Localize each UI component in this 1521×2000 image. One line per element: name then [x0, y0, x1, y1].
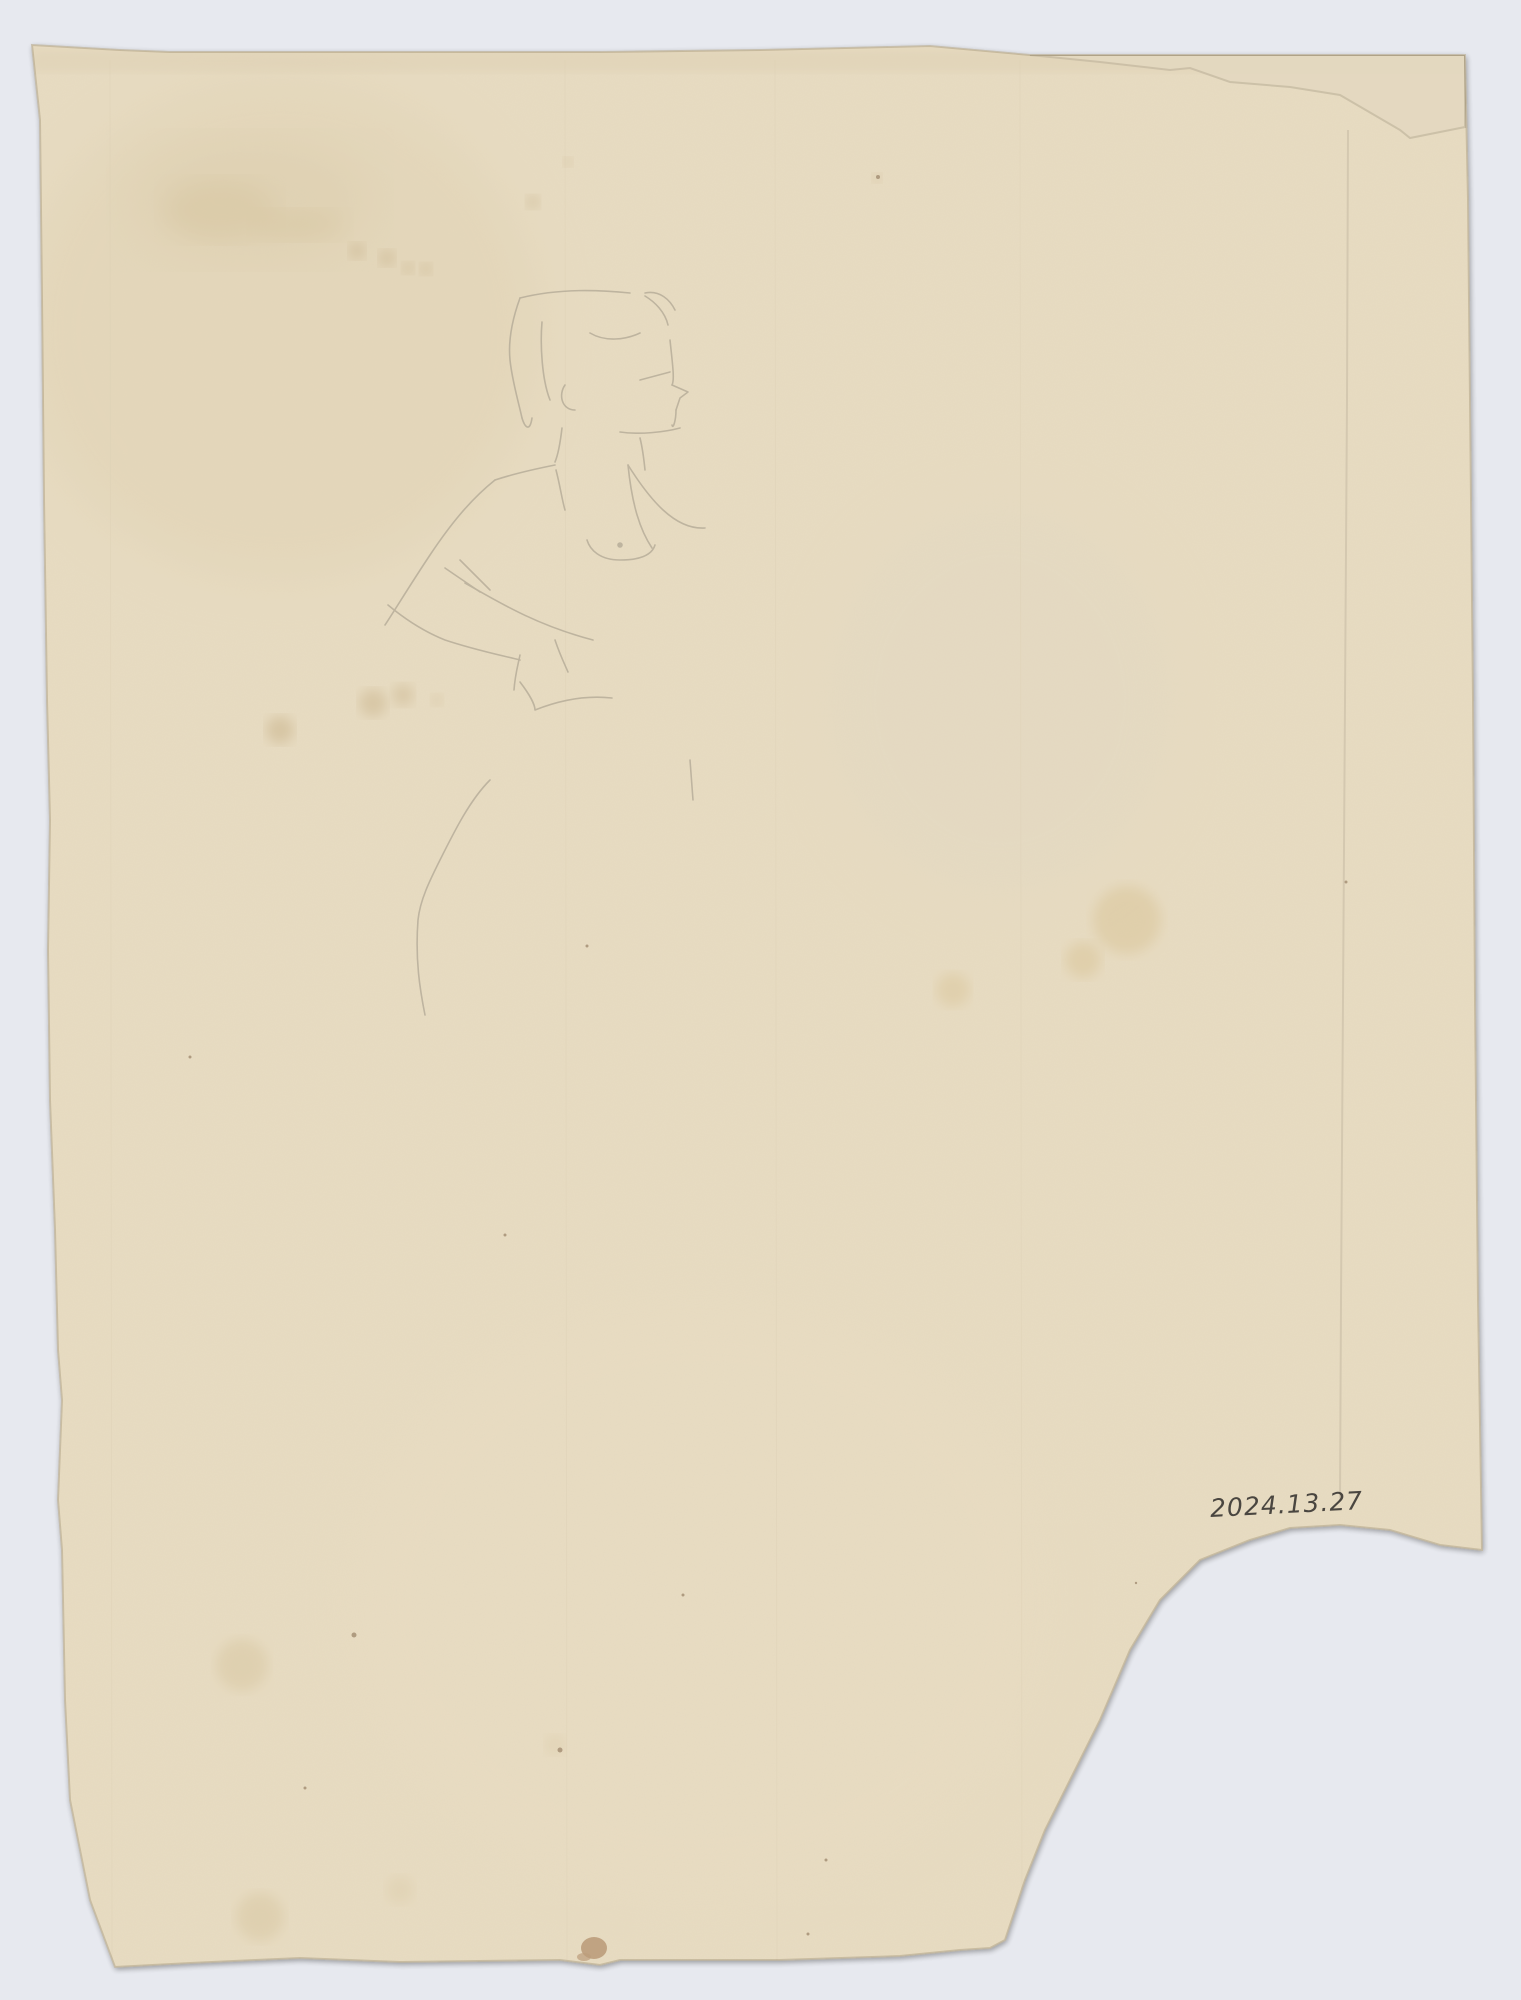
scan-scene: 2024.13.27	[0, 0, 1521, 2000]
paper-sheet	[0, 0, 1521, 2000]
